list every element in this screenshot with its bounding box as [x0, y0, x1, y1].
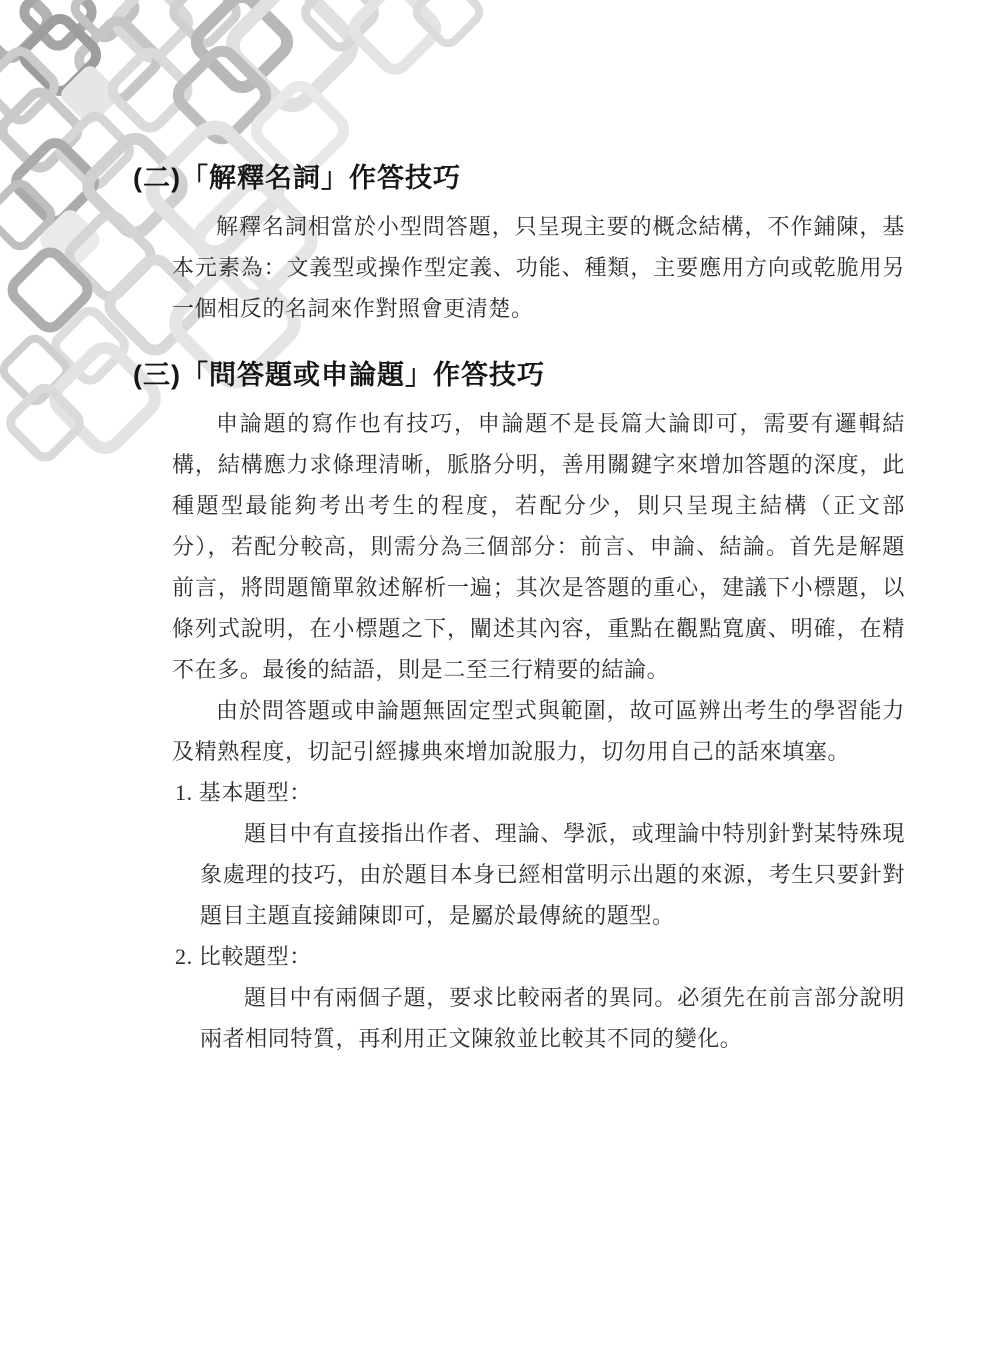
paragraph: 申論題的寫作也有技巧，申論題不是長篇大論即可，需要有邏輯結構，結構應力求條理清晰… — [172, 403, 905, 690]
list-item-label: 1. 基本題型： — [175, 772, 913, 813]
section-heading-essay-questions: (三)「問答題或申論題」作答技巧 — [133, 359, 913, 393]
section-heading-explain-terms: (二)「解釋名詞」作答技巧 — [133, 162, 913, 196]
section-explain-terms: (二)「解釋名詞」作答技巧 解釋名詞相當於小型問答題，只呈現主要的概念結構，不作… — [133, 162, 913, 329]
document-page: (二)「解釋名詞」作答技巧 解釋名詞相當於小型問答題，只呈現主要的概念結構，不作… — [0, 0, 1000, 1353]
paragraph: 解釋名詞相當於小型問答題，只呈現主要的概念結構，不作鋪陳，基本元素為：文義型或操… — [172, 206, 905, 329]
list-item-paragraph: 題目中有兩個子題，要求比較兩者的異同。必須先在前言部分說明兩者相同特質，再利用正… — [200, 977, 905, 1059]
list-item-compare-type: 2. 比較題型： 題目中有兩個子題，要求比較兩者的異同。必須先在前言部分說明兩者… — [175, 936, 913, 1059]
paragraph: 由於問答題或申論題無固定型式與範圍，故可區辨出考生的學習能力及精熟程度，切記引經… — [172, 690, 905, 772]
list-item-paragraph: 題目中有直接指出作者、理論、學派，或理論中特別針對某特殊現象處理的技巧，由於題目… — [200, 813, 905, 936]
list-item-basic-type: 1. 基本題型： 題目中有直接指出作者、理論、學派，或理論中特別針對某特殊現象處… — [175, 772, 913, 936]
page-content: (二)「解釋名詞」作答技巧 解釋名詞相當於小型問答題，只呈現主要的概念結構，不作… — [133, 162, 913, 1059]
section-essay-questions: (三)「問答題或申論題」作答技巧 申論題的寫作也有技巧，申論題不是長篇大論即可，… — [133, 359, 913, 1059]
list-item-label: 2. 比較題型： — [175, 936, 913, 977]
